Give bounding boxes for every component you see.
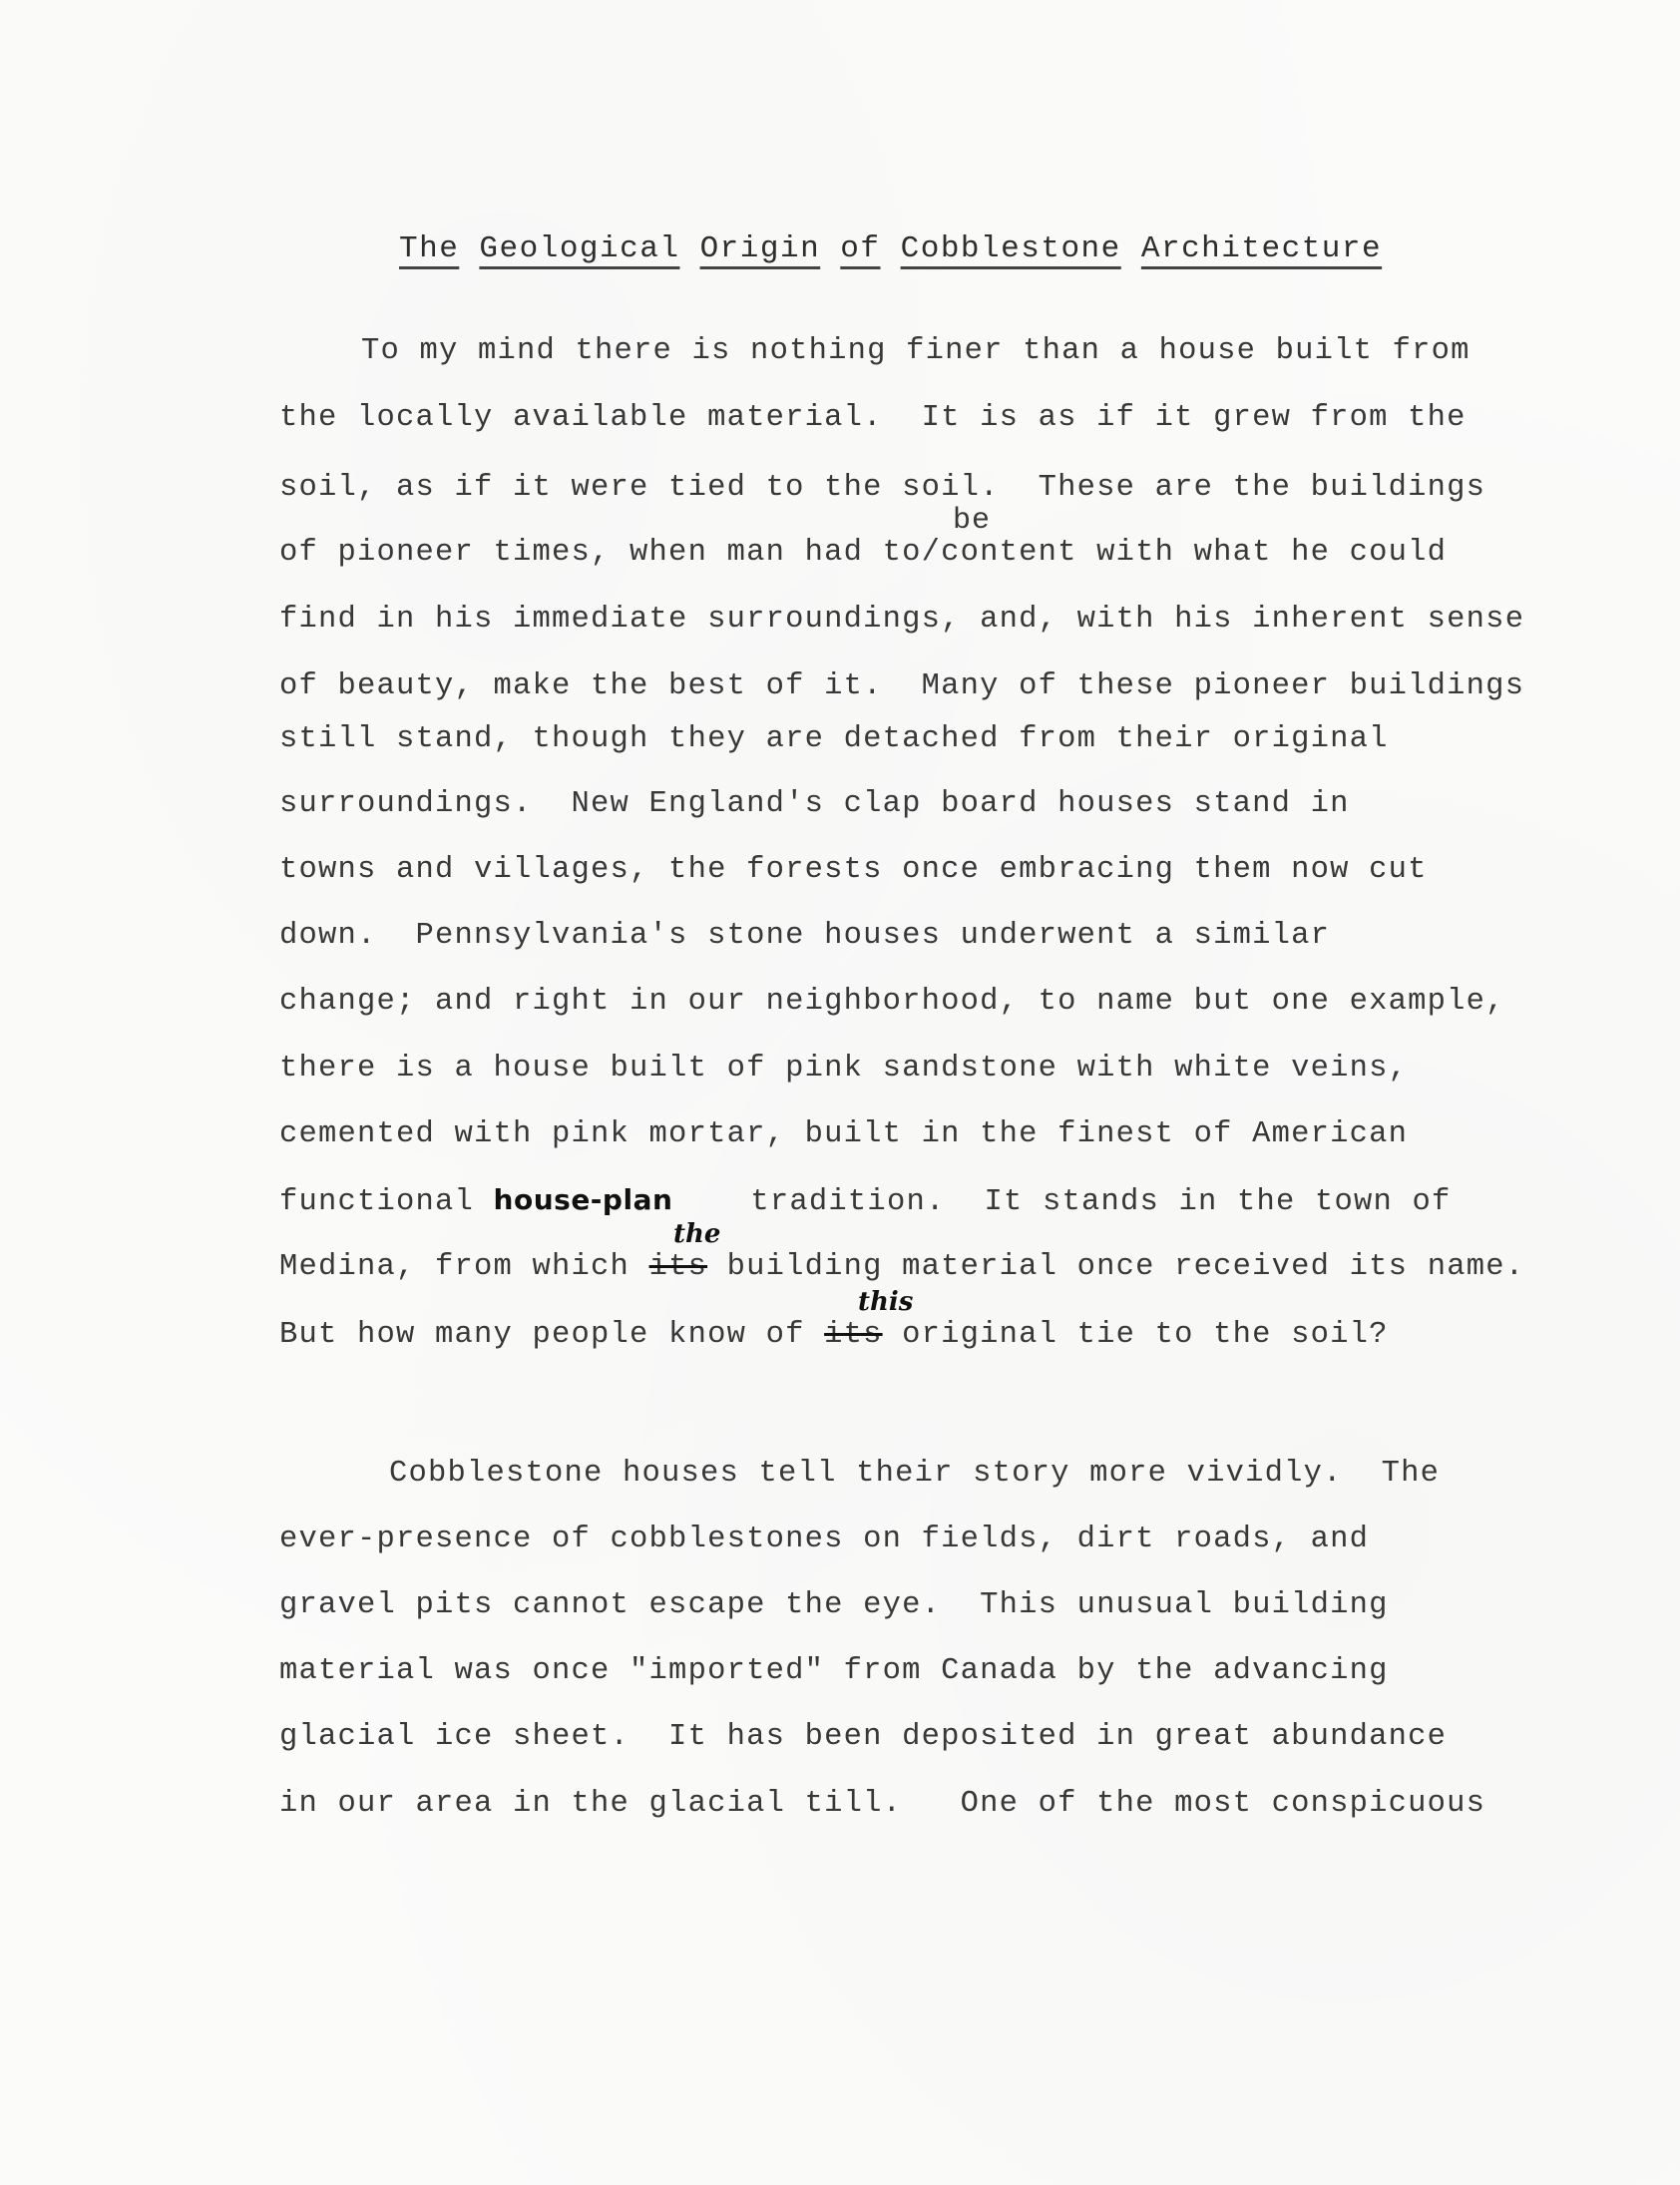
paragraph-line: find in his immediate surroundings, and,…: [279, 603, 1524, 637]
line-text: Medina, from which: [279, 1250, 649, 1284]
paragraph-line: cemented with pink mortar, built in the …: [279, 1117, 1408, 1151]
title-word: The: [399, 231, 459, 266]
handwritten-correction: the: [673, 1219, 720, 1249]
line-text: original tie to the soil?: [883, 1318, 1389, 1352]
struck-word: its: [824, 1318, 883, 1352]
typed-insertion: be: [953, 504, 991, 538]
paragraph-line: But how many people know of its original…: [279, 1318, 1389, 1352]
paragraph-line: Cobblestone houses tell their story more…: [389, 1457, 1440, 1491]
paragraph-line: surroundings. New England's clap board h…: [279, 787, 1350, 821]
title-word: of: [840, 231, 880, 266]
paragraph-line: of pioneer times, when man had to/conten…: [279, 536, 1447, 570]
struck-word: its: [649, 1250, 708, 1284]
title-word: Origin: [700, 231, 821, 266]
paragraph-line: soil, as if it were tied to the soil. Th…: [279, 471, 1485, 505]
paragraph-line: To my mind there is nothing finer than a…: [361, 334, 1470, 368]
paragraph-line: in our area in the glacial till. One of …: [279, 1787, 1485, 1821]
paragraph-line: Medina, from which its building material…: [279, 1250, 1524, 1284]
paragraph-line: functional house-plan tradition. It stan…: [279, 1183, 1452, 1219]
bold-insert: house-plan: [494, 1183, 673, 1216]
page-title: The Geological Origin of Cobblestone Arc…: [399, 231, 1382, 266]
typewritten-page: The Geological Origin of Cobblestone Arc…: [0, 0, 1680, 2185]
line-text: But how many people know of: [279, 1318, 824, 1352]
title-word: Geological: [479, 231, 679, 266]
paragraph-line: of beauty, make the best of it. Many of …: [279, 669, 1524, 703]
paragraph-line: there is a house built of pink sandstone…: [279, 1052, 1408, 1086]
title-word: Cobblestone: [901, 231, 1121, 266]
paragraph-line: down. Pennsylvania's stone houses underw…: [279, 919, 1330, 953]
paragraph-line: ever-presence of cobblestones on fields,…: [279, 1523, 1369, 1556]
paragraph-line: gravel pits cannot escape the eye. This …: [279, 1588, 1389, 1622]
paragraph-line: towns and villages, the forests once emb…: [279, 853, 1428, 887]
line-text: tradition. It stands in the town of: [672, 1185, 1451, 1219]
paragraph-line: the locally available material. It is as…: [279, 401, 1467, 435]
paragraph-line: glacial ice sheet. It has been deposited…: [279, 1720, 1447, 1754]
handwritten-correction: this: [858, 1287, 913, 1317]
line-text: building material once received its name…: [707, 1250, 1524, 1284]
title-word: Architecture: [1141, 231, 1382, 266]
line-text: functional: [279, 1185, 494, 1219]
paragraph-line: still stand, though they are detached fr…: [279, 722, 1389, 756]
paragraph-line: change; and right in our neighborhood, t…: [279, 985, 1505, 1019]
paragraph-line: material was once "imported" from Canada…: [279, 1654, 1389, 1688]
